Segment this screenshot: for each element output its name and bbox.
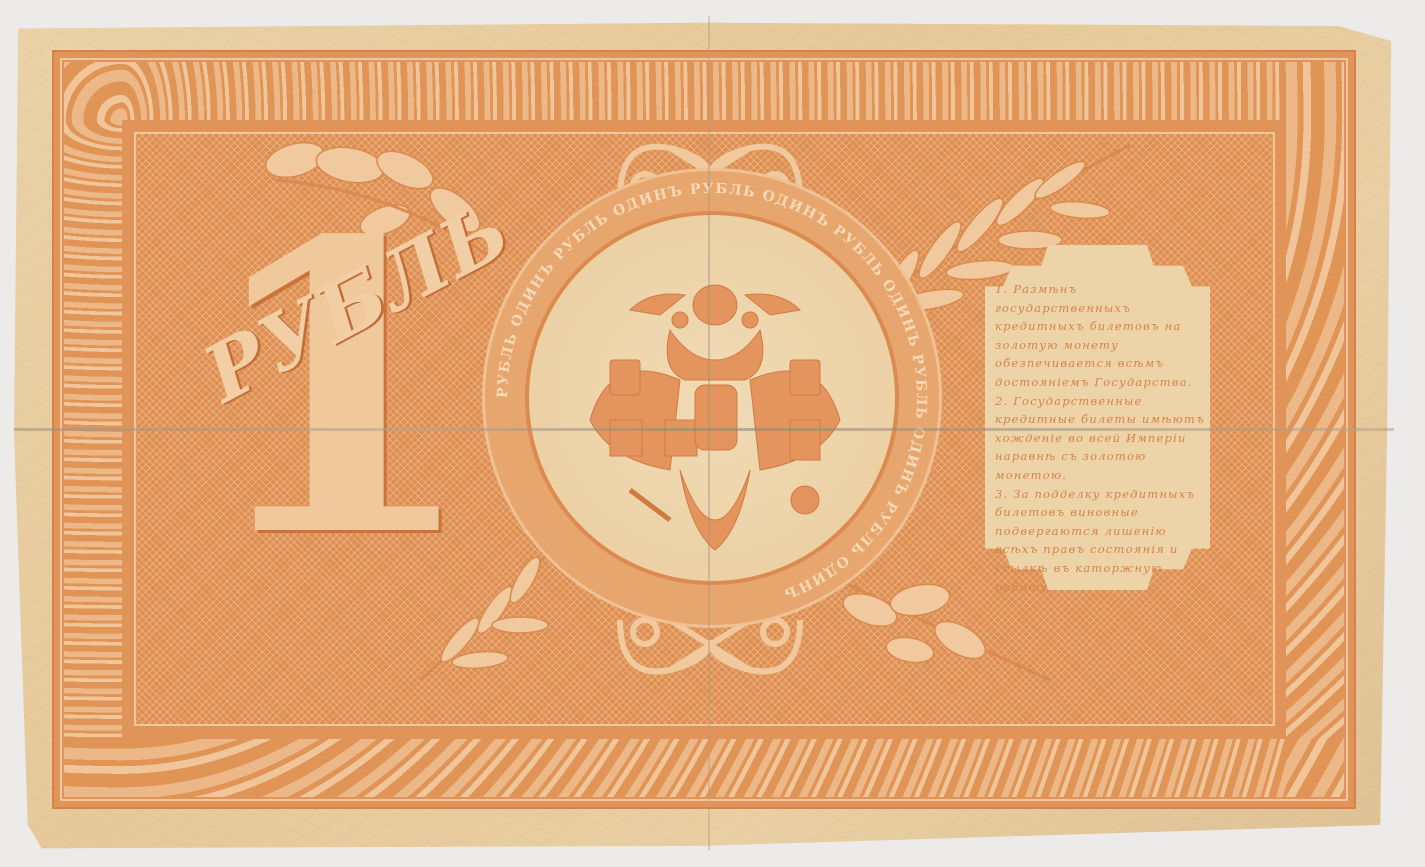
legal-text: 1. Размѣнъ государственныхъ кредитныхъ б… — [995, 280, 1205, 596]
double-headed-eagle-icon — [570, 270, 860, 570]
fold-crease-vertical — [708, 16, 710, 850]
fold-crease-horizontal — [14, 428, 1394, 431]
legal-text-paragraph-3: 3. За подделку кредитныхъ билетовъ винов… — [995, 485, 1205, 597]
legal-text-paragraph-2: 2. Государственные кредитные билеты имѣю… — [995, 392, 1205, 485]
legal-text-paragraph-1: 1. Размѣнъ государственныхъ кредитныхъ б… — [995, 280, 1205, 392]
